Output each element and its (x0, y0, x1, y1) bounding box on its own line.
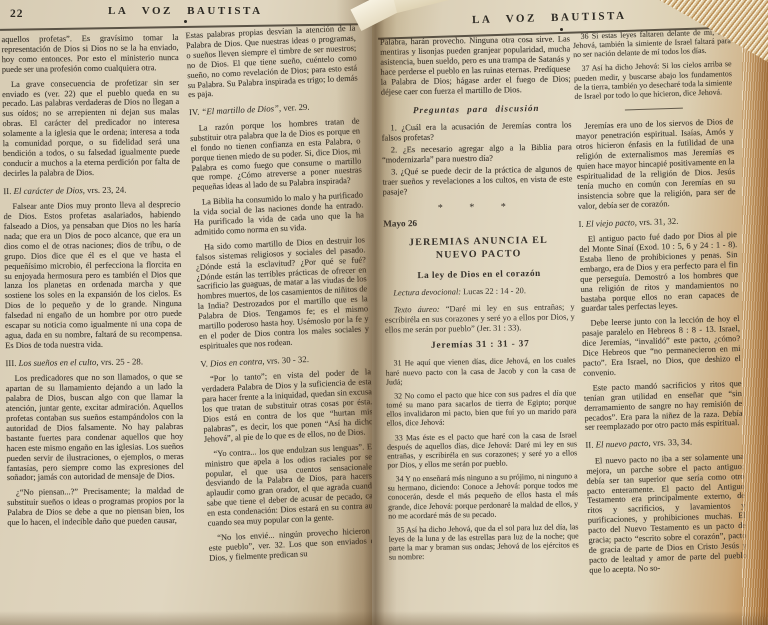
discussion-question: 2. ¿Es necesario agregar algo a la Bibli… (382, 143, 572, 166)
right-page-column-1: Palabra, harán provecho. Ninguna otra co… (380, 34, 580, 623)
right-page-column-2: 36 Si estas leyes faltaren delante de mí… (572, 27, 748, 622)
paragraph: La grave consecuencia de profetizar sin … (2, 78, 180, 179)
scripture-verse: 32 No como el pacto que hice con sus pad… (386, 388, 577, 428)
paragraph: Este pacto mandó sacrificios y ritos que… (583, 379, 742, 433)
paragraph: La Biblia ha consumido lo malo y ha puri… (193, 191, 365, 238)
devotional-reading: Lectura devocional: Lucas 22 : 14 - 20. (384, 285, 574, 298)
left-page-column-2: Estas palabras propias desvían la atenci… (185, 24, 382, 621)
section-heading: I. El viejo pacto, vrs. 31, 32. (578, 214, 736, 230)
scripture-verse: 31 He aquí que vienen días, dice Jehová,… (386, 356, 576, 387)
section-heading: II. El nuevo pacto, vrs. 33, 34. (585, 435, 743, 451)
right-page: LA VOZ BAUTISTA 23 Palabra, harán provec… (372, 0, 768, 625)
paragraph: Jeremías era uno de los siervos de Dios … (575, 117, 736, 211)
paragraph: Debe leerse junto con la lección de hoy … (581, 314, 741, 378)
asterisk-separator: * * * (383, 200, 573, 214)
left-page-column-1: aquellos profetas”. Es gravísimo tomar l… (1, 33, 185, 623)
scripture-verse: 34 Y no enseñará más ninguno a su prójim… (388, 471, 579, 520)
section-heading: V. Dios en contra, vrs. 30 - 32. (200, 351, 370, 369)
paragraph: El antiguo pacto fué dado por Dios al pi… (579, 230, 739, 314)
scripture-verse: 36 Si estas leyes faltaren delante de mí… (572, 27, 731, 59)
lesson-date: Mayo 26 (383, 215, 573, 228)
paragraph: aquellos profetas”. Es gravísimo tomar l… (1, 33, 178, 75)
header-dot (560, 28, 563, 31)
golden-text: Texto áureo: “Daré mi ley en sus entraña… (385, 302, 575, 335)
paragraph: ¿“No piensan...?” Precisamente; la malda… (7, 486, 184, 528)
paragraph: “Por lo tanto”; en vista del poder de la… (201, 368, 374, 445)
section-divider-rule (625, 108, 683, 111)
lesson-title: JEREMIAS ANUNCIA EL NUEVO PACTO (389, 233, 567, 262)
book-photo: 22 LA VOZ BAUTISTA aquellos profetas”. E… (0, 0, 768, 625)
lesson-subtitle: La ley de Dios en el corazón (384, 267, 574, 280)
page-number-right: 23 (717, 6, 731, 18)
paragraph: Ha sido como martillo de Dios en destrui… (195, 235, 370, 352)
right-header-title: LA VOZ BAUTISTA (472, 10, 627, 26)
left-page: 22 LA VOZ BAUTISTA aquellos profetas”. E… (0, 0, 372, 625)
section-heading: II. El carácter de Dios, vrs. 23, 24. (3, 184, 180, 197)
scripture-passage-heading: Jeremías 31 : 31 - 37 (385, 339, 575, 352)
discussion-question: 1. ¿Cuál era la acusación de Jeremías co… (381, 121, 571, 144)
discussion-question: 3. ¿Qué se puede decir de la práctica de… (382, 164, 572, 197)
paragraph: Estas palabras propias desvían la atenci… (185, 24, 358, 101)
scripture-verse: 37 Así ha dicho Jehová: Si los cielos ar… (573, 60, 732, 102)
left-header-title: LA VOZ BAUTISTA (108, 5, 263, 17)
paragraph: Los predicadores que no son llamados, o … (6, 372, 184, 483)
page-number-left: 22 (10, 8, 24, 20)
section-heading: III. Los sueños en el culto, vrs. 25 - 2… (5, 356, 182, 369)
discussion-heading: Preguntas para discusión (381, 103, 571, 116)
paragraph: El nuevo pacto no iba a ser solamente un… (586, 452, 748, 576)
scripture-verse: 33 Mas éste es el pacto que haré con la … (387, 430, 578, 470)
paragraph: La razón porque los hombres tratan de su… (190, 116, 363, 193)
section-heading: IV. “El martillo de Dios”, ver. 29. (189, 100, 359, 118)
header-dot (184, 20, 187, 23)
scripture-verse: 35 Así ha dicho Jehová, que da el sol pa… (388, 522, 579, 562)
paragraph: Falsear ante Dios muy pronto lleva al de… (3, 200, 182, 351)
paragraph: “No los envié... ningún provecho hiciero… (208, 526, 379, 563)
paragraph: “Yo contra... los que endulzan sus lengu… (204, 442, 377, 529)
paragraph: Palabra, harán provecho. Ninguna otra co… (380, 34, 571, 97)
